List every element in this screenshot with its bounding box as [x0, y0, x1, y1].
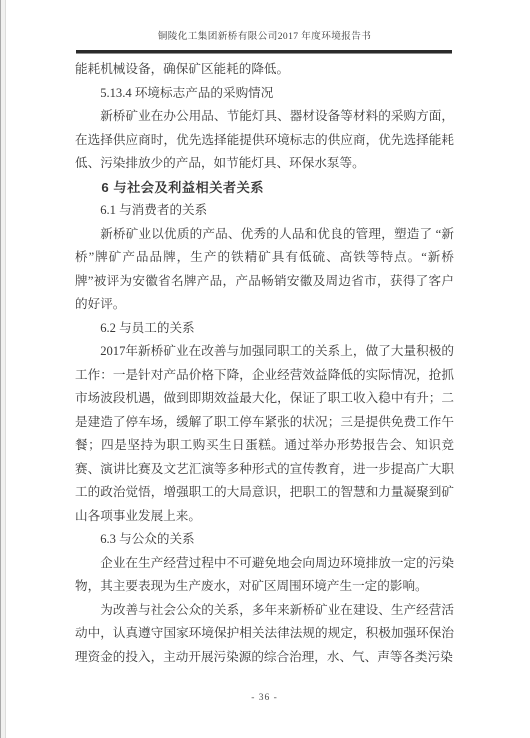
page-header-title: 铜陵化工集团新桥有限公司2017 年度环境报告书	[75, 28, 454, 42]
paragraph-procurement: 新桥矿业在办公用品、节能灯具、器材设备等材料的采购方面，在选择供应商时，优先选择…	[75, 105, 454, 176]
section-heading-6-3: 6.3 与公众的关系	[75, 528, 454, 552]
paragraph-continuation: 能耗机械设备，确保矿区能耗的降低。	[75, 58, 454, 82]
scan-edge-faint-line	[5, 0, 6, 738]
chapter-heading-6: 6 与社会及利益相关者关系	[75, 176, 454, 200]
paragraph-consumers: 新桥矿业以优质的产品、优秀的人品和优良的管理，塑造了 “新桥”牌矿产品品牌，生产…	[75, 223, 454, 317]
section-heading-6-2: 6.2 与员工的关系	[75, 317, 454, 341]
paragraph-public-impact: 企业在生产经营过程中不可避免地会向周边环境排放一定的污染物，其主要表现为生产废水…	[75, 552, 454, 599]
page-number: - 36 -	[75, 693, 454, 703]
document-body: 能耗机械设备，确保矿区能耗的降低。5.13.4 环境标志产品的采购情况新桥矿业在…	[75, 58, 454, 669]
paragraph-employees: 2017年新桥矿业在改善与加强同职工的关系上，做了大量积极的工作：一是针对产品价…	[75, 340, 454, 528]
paragraph-public-improvement: 为改善与社会公众的关系，多年来新桥矿业在建设、生产经营活动中，认真遵守国家环境保…	[75, 599, 454, 670]
section-heading-5-13-4: 5.13.4 环境标志产品的采购情况	[75, 82, 454, 106]
document-page: 铜陵化工集团新桥有限公司2017 年度环境报告书 能耗机械设备，确保矿区能耗的降…	[0, 0, 530, 738]
section-heading-6-1: 6.1 与消费者的关系	[75, 199, 454, 223]
header-rule	[76, 50, 452, 54]
